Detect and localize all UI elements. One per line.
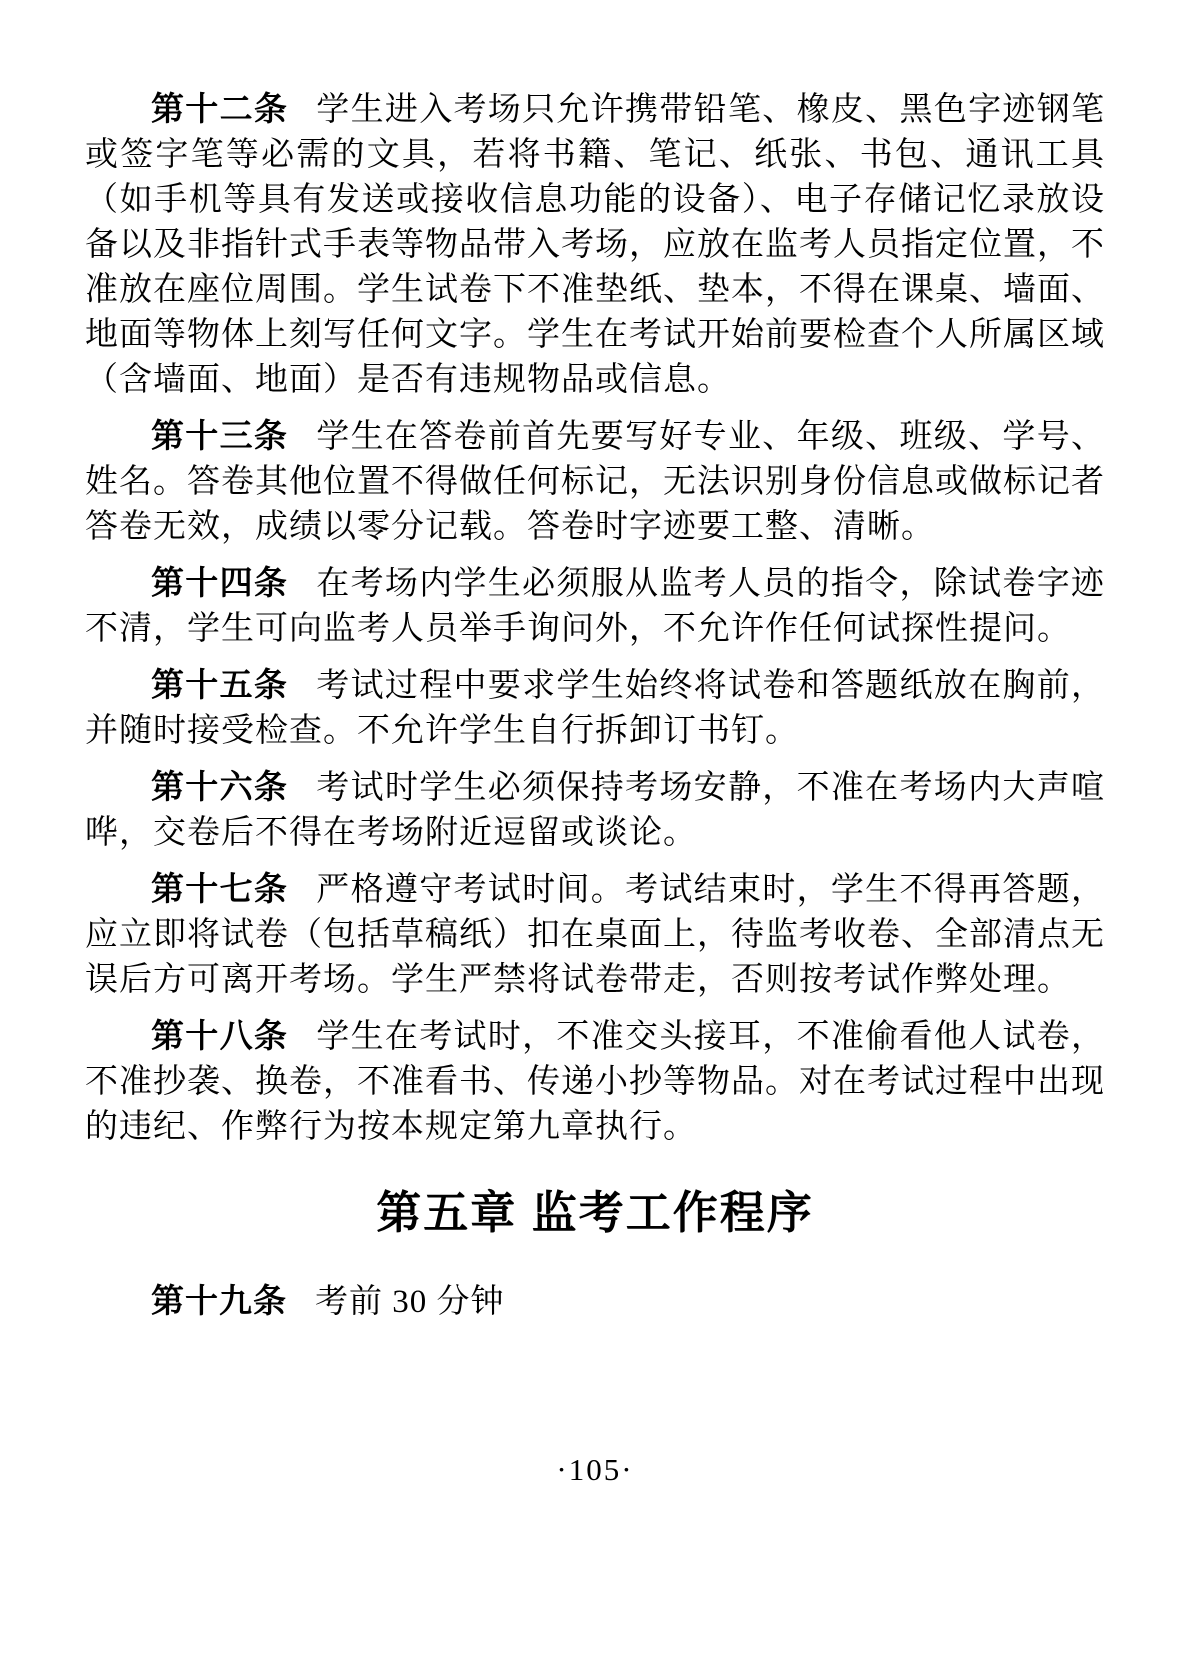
article-17-number: 第十七条 bbox=[151, 870, 288, 907]
article-12-number: 第十二条 bbox=[151, 90, 288, 127]
article-13-number: 第十三条 bbox=[151, 417, 288, 454]
article-14-number: 第十四条 bbox=[151, 564, 288, 601]
article-18-paragraph: 第十八条学生在考试时，不准交头接耳，不准偷看他人试卷，不准抄袭、换卷，不准看书、… bbox=[85, 1013, 1105, 1150]
article-15-number: 第十五条 bbox=[151, 666, 288, 703]
article-19-text: 考前 30 分钟 bbox=[315, 1284, 505, 1320]
document-body: 第十二条学生进入考场只允许携带铅笔、橡皮、黑色字迹钢笔或签字笔等必需的文具，若将… bbox=[85, 86, 1105, 1325]
document-page: 第十二条学生进入考场只允许携带铅笔、橡皮、黑色字迹钢笔或签字笔等必需的文具，若将… bbox=[0, 0, 1190, 1670]
article-15-paragraph: 第十五条考试过程中要求学生始终将试卷和答题纸放在胸前，并随时接受检查。不允许学生… bbox=[85, 662, 1105, 754]
article-16-number: 第十六条 bbox=[151, 768, 288, 805]
article-12-paragraph: 第十二条学生进入考场只允许携带铅笔、橡皮、黑色字迹钢笔或签字笔等必需的文具，若将… bbox=[85, 86, 1105, 403]
article-18-number: 第十八条 bbox=[151, 1017, 288, 1054]
chapter-5-heading: 第五章 监考工作程序 bbox=[85, 1184, 1105, 1242]
article-13-paragraph: 第十三条学生在答卷前首先要写好专业、年级、班级、学号、姓名。答卷其他位置不得做任… bbox=[85, 413, 1105, 550]
article-17-paragraph: 第十七条严格遵守考试时间。考试结束时，学生不得再答题，应立即将试卷（包括草稿纸）… bbox=[85, 866, 1105, 1003]
page-number: ·105· bbox=[0, 1452, 1190, 1488]
article-12-text: 学生进入考场只允许携带铅笔、橡皮、黑色字迹钢笔或签字笔等必需的文具，若将书籍、笔… bbox=[85, 92, 1105, 398]
article-19-paragraph: 第十九条考前 30 分钟 bbox=[85, 1278, 1105, 1325]
article-16-paragraph: 第十六条考试时学生必须保持考场安静，不准在考场内大声喧哗，交卷后不得在考场附近逗… bbox=[85, 764, 1105, 856]
article-14-paragraph: 第十四条在考场内学生必须服从监考人员的指令，除试卷字迹不清，学生可向监考人员举手… bbox=[85, 560, 1105, 652]
article-19-number: 第十九条 bbox=[151, 1282, 287, 1319]
